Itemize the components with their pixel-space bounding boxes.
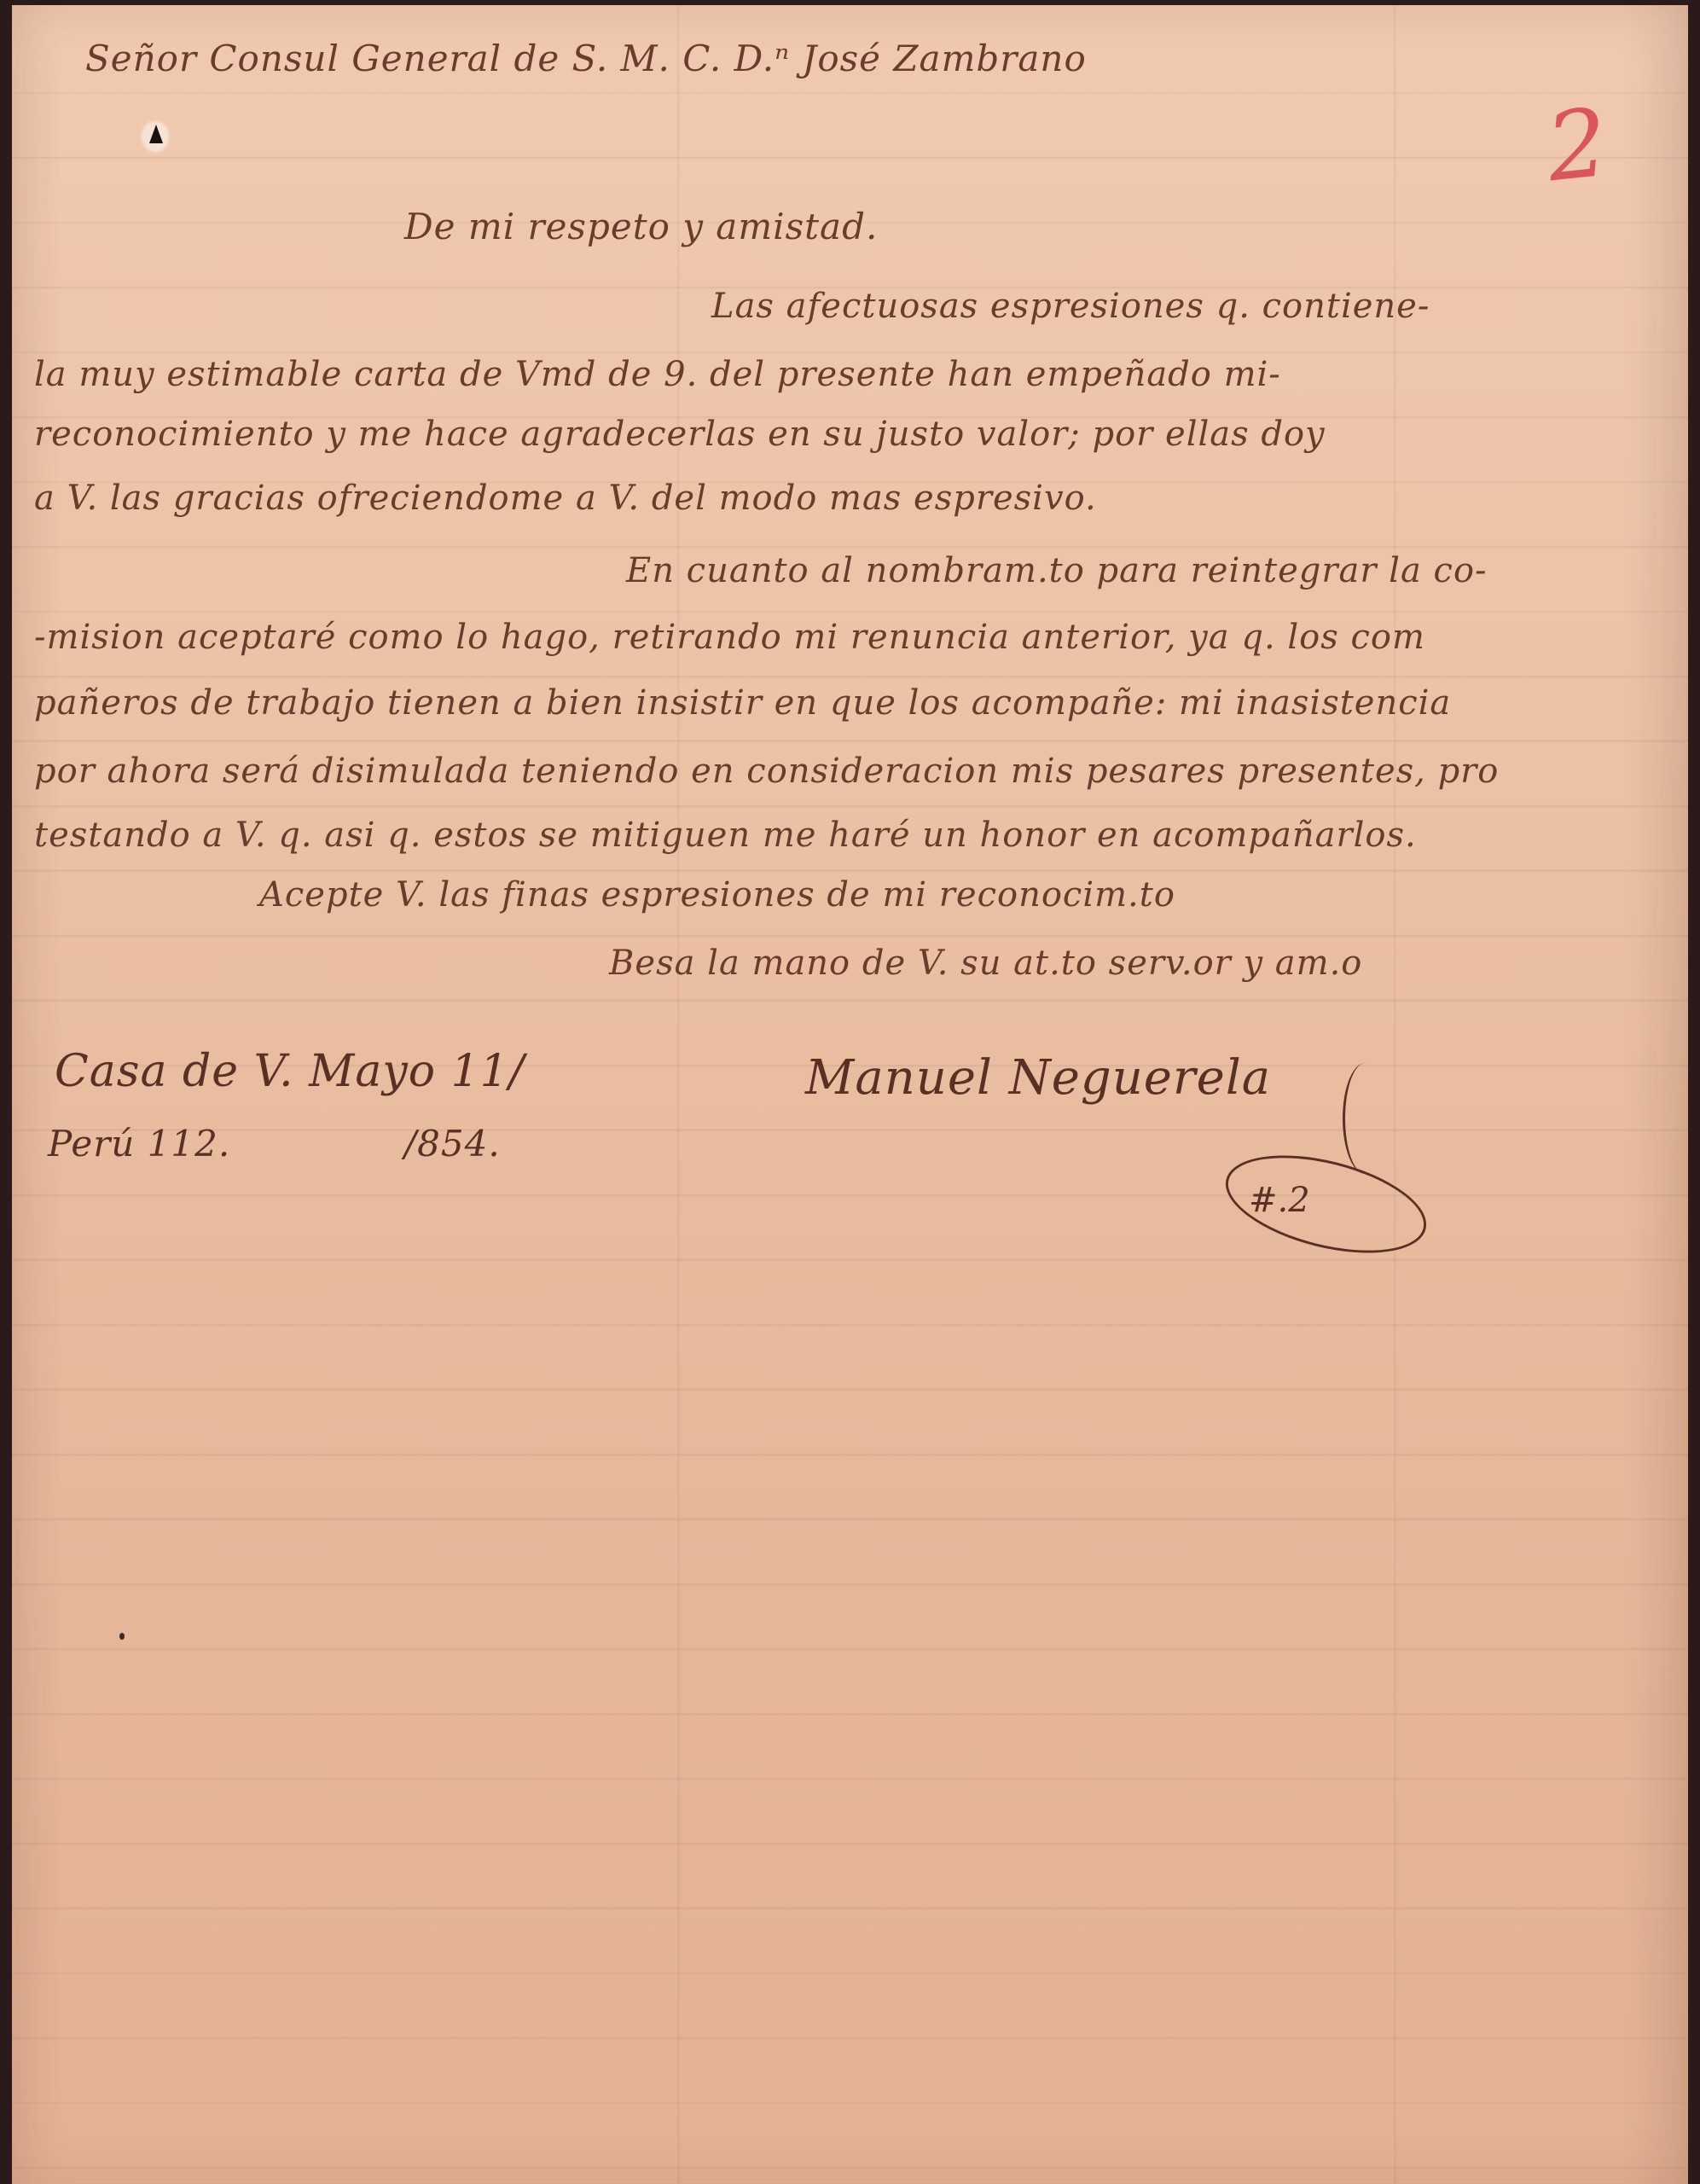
- body-line-5: En cuanto al nombram.to para reintegrar …: [626, 551, 1488, 590]
- letter-page: 2 Señor Consul General de S. M. C. D.ⁿ J…: [12, 5, 1688, 2184]
- rubric-flourish-icon: [1343, 1063, 1388, 1174]
- rubric-mark: #.2: [1249, 1181, 1310, 1220]
- greeting: De mi respeto y amistad.: [404, 206, 878, 247]
- year: /854.: [404, 1123, 501, 1165]
- body-line-1: Las afectuosas espresiones q. contiene-: [711, 287, 1430, 326]
- body-line-7: pañeros de trabajo tienen a bien insisti…: [34, 683, 1451, 723]
- body-line-4: a V. las gracias ofreciendome a V. del m…: [34, 479, 1097, 518]
- closing-line-2: Besa la mano de V. su at.to serv.or y am…: [609, 944, 1362, 983]
- fold-line: [1394, 5, 1396, 2184]
- fold-line: [677, 5, 680, 2184]
- punch-hole: [140, 119, 171, 154]
- closing-line-1: Acepte V. las finas espresiones de mi re…: [259, 875, 1175, 915]
- signature: Manuel Neguerela: [805, 1050, 1271, 1106]
- body-line-6: -mision aceptaré como lo hago, retirando…: [34, 618, 1425, 657]
- body-line-8: por ahora será disimulada teniendo en co…: [34, 752, 1499, 791]
- body-line-3: reconocimiento y me hace agradecerlas en…: [34, 415, 1326, 454]
- address-line: Señor Consul General de S. M. C. D.ⁿ Jos…: [85, 38, 1087, 79]
- folio-number: 2: [1542, 88, 1613, 203]
- place-date-line: Casa de V. Mayo 11/: [55, 1046, 525, 1097]
- address-number: Perú 112.: [48, 1123, 230, 1165]
- body-line-2: la muy estimable carta de Vmd de 9. del …: [34, 355, 1281, 394]
- ink-spot: [119, 1633, 125, 1640]
- body-line-9: testando a V. q. asi q. estos se mitigue…: [34, 816, 1417, 855]
